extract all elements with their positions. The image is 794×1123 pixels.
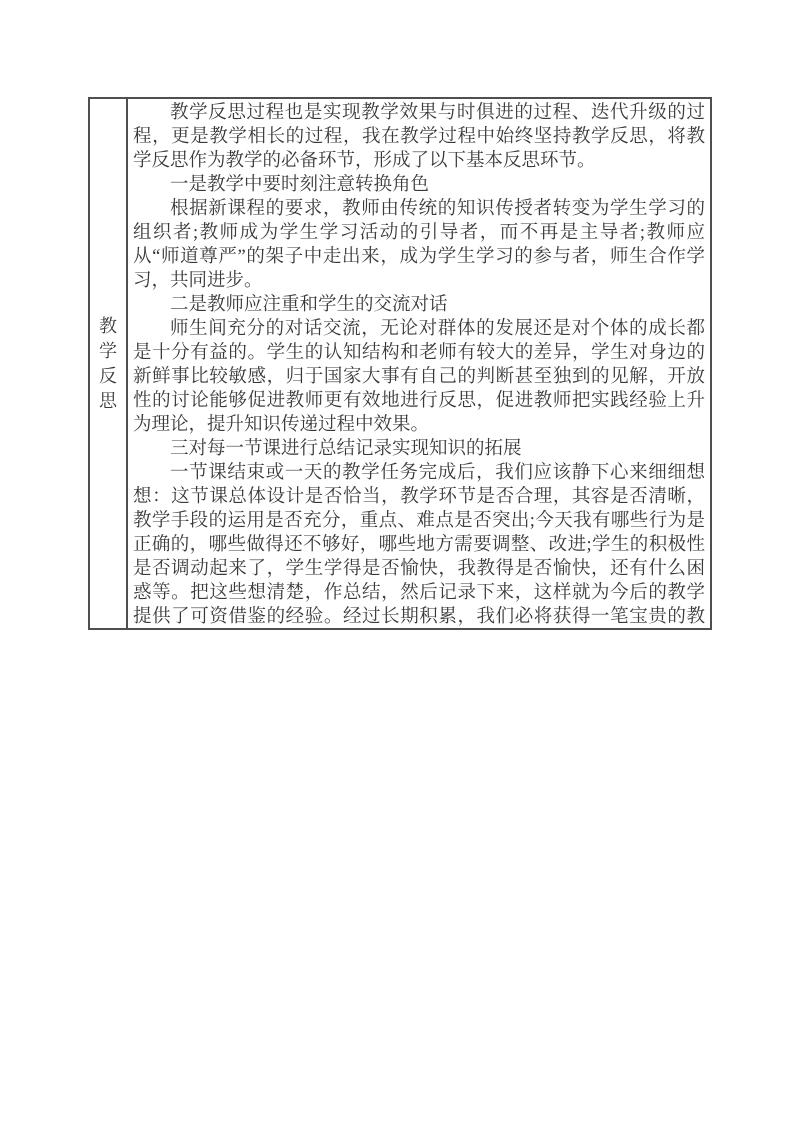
section-heading: 一是教学中要时刻注意转换角色 <box>133 173 705 197</box>
body-paragraph: 根据新课程的要求，教师由传统的知识传授者转变为学生学习的组织者;教师成为学生学习… <box>133 197 705 293</box>
body-paragraph: 师生间充分的对话交流，无论对群体的发展还是对个体的成长都是十分有益的。学生的认知… <box>133 317 705 437</box>
reflection-table: 教学反思 教学反思过程也是实现教学效果与时俱进的过程、迭代升级的过程，更是教学相… <box>88 97 712 630</box>
row-label-cell: 教学反思 <box>90 99 128 628</box>
row-label: 教学反思 <box>98 314 118 414</box>
body-paragraph: 一节课结束或一天的教学任务完成后，我们应该静下心来细细想想：这节课总体设计是否恰… <box>133 461 705 628</box>
document-page: 教学反思 教学反思过程也是实现教学效果与时俱进的过程、迭代升级的过程，更是教学相… <box>0 0 794 1123</box>
section-heading: 三对每一节课进行总结记录实现知识的拓展 <box>133 437 705 461</box>
body-paragraph: 教学反思过程也是实现教学效果与时俱进的过程、迭代升级的过程，更是教学相长的过程，… <box>133 101 705 173</box>
reflection-paragraphs: 教学反思过程也是实现教学效果与时俱进的过程、迭代升级的过程，更是教学相长的过程，… <box>128 99 710 628</box>
section-heading: 二是教师应注重和学生的交流对话 <box>133 293 705 317</box>
